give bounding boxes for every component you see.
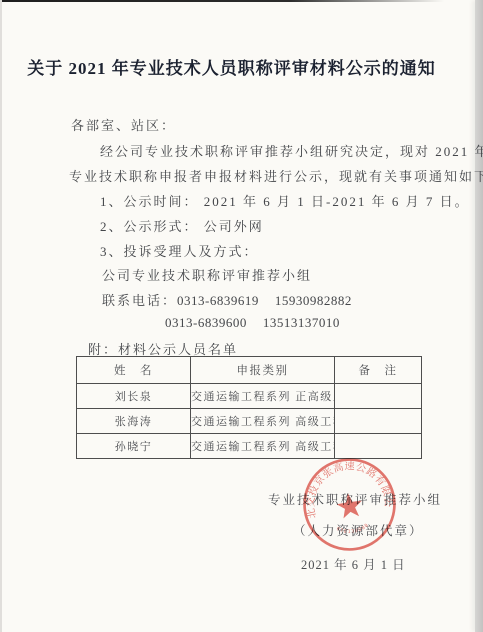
seal-arc-text: 河北交投京张高速公路有限公司 bbox=[296, 451, 395, 521]
signature-organization: 专业技术职称评审推荐小组 bbox=[268, 490, 442, 508]
cell-name: 孙晓宁 bbox=[77, 434, 191, 459]
column-header-category: 申报类别 bbox=[191, 357, 335, 384]
svg-text:河北交投京张高速公路有限公司: 河北交投京张高速公路有限公司 bbox=[296, 451, 395, 521]
cell-note bbox=[335, 384, 422, 409]
phone-number: 13513137010 bbox=[263, 315, 340, 330]
scan-edge-top bbox=[0, 0, 483, 2]
salutation: 各部室、站区： bbox=[71, 115, 176, 134]
cell-category: 交通运输工程系列 正高级工程师 bbox=[191, 384, 335, 409]
signature-date: 2021 年 6 月 1 日 bbox=[301, 555, 406, 573]
phone-label: 联系电话： bbox=[102, 293, 177, 308]
contact-phone-line-2: 0313-683960013513137010 bbox=[165, 315, 340, 331]
cell-name: 张海涛 bbox=[77, 409, 191, 434]
cell-name: 刘长泉 bbox=[77, 384, 191, 409]
contact-phone-line-1: 联系电话：0313-683961915930982882 bbox=[102, 290, 352, 309]
table-header-row: 姓 名 申报类别 备 注 bbox=[77, 357, 422, 384]
cell-note bbox=[335, 409, 422, 434]
table-row: 孙晓宁 交通运输工程系列 高级工程师 bbox=[77, 434, 422, 459]
scan-edge-left bbox=[0, 0, 2, 632]
body-paragraph-line-1: 经公司专业技术职称评审推荐小组研究决定，现对 2021 年 bbox=[100, 141, 483, 160]
cell-category: 交通运输工程系列 高级工程师 bbox=[191, 409, 335, 434]
cell-category: 交通运输工程系列 高级工程师 bbox=[191, 434, 335, 459]
phone-number: 0313-6839619 bbox=[177, 293, 259, 308]
column-header-note: 备 注 bbox=[335, 357, 422, 384]
table-row: 刘长泉 交通运输工程系列 正高级工程师 bbox=[77, 384, 422, 409]
notice-item-complaint-method: 3、投诉受理人及方式： bbox=[100, 241, 259, 260]
scanned-notice-page: 关于 2021 年专业技术人员职称评审材料公示的通知 各部室、站区： 经公司专业… bbox=[0, 0, 483, 632]
table-row: 张海涛 交通运输工程系列 高级工程师 bbox=[77, 409, 422, 434]
cell-note bbox=[335, 434, 422, 459]
column-header-name: 姓 名 bbox=[77, 357, 191, 384]
phone-number: 15930982882 bbox=[275, 293, 352, 308]
body-paragraph-line-2: 专业技术职称申报者申报材料进行公示，现就有关事项通知如下： bbox=[69, 166, 483, 185]
contact-organization: 公司专业技术职称评审推荐小组 bbox=[102, 265, 312, 284]
signature-on-behalf: （人力资源部代章） bbox=[293, 521, 424, 539]
scan-edge-right bbox=[475, 0, 483, 632]
notice-title: 关于 2021 年专业技术人员职称评审材料公示的通知 bbox=[20, 54, 443, 79]
phone-number: 0313-6839600 bbox=[165, 315, 247, 330]
notice-item-publicity-form: 2、公示形式： 公司外网 bbox=[100, 216, 264, 235]
notice-item-publicity-time: 1、公示时间： 2021 年 6 月 1 日-2021 年 6 月 7 日。 bbox=[100, 191, 470, 210]
publicity-roster-table: 姓 名 申报类别 备 注 刘长泉 交通运输工程系列 正高级工程师 张海涛 交通运… bbox=[76, 356, 422, 459]
